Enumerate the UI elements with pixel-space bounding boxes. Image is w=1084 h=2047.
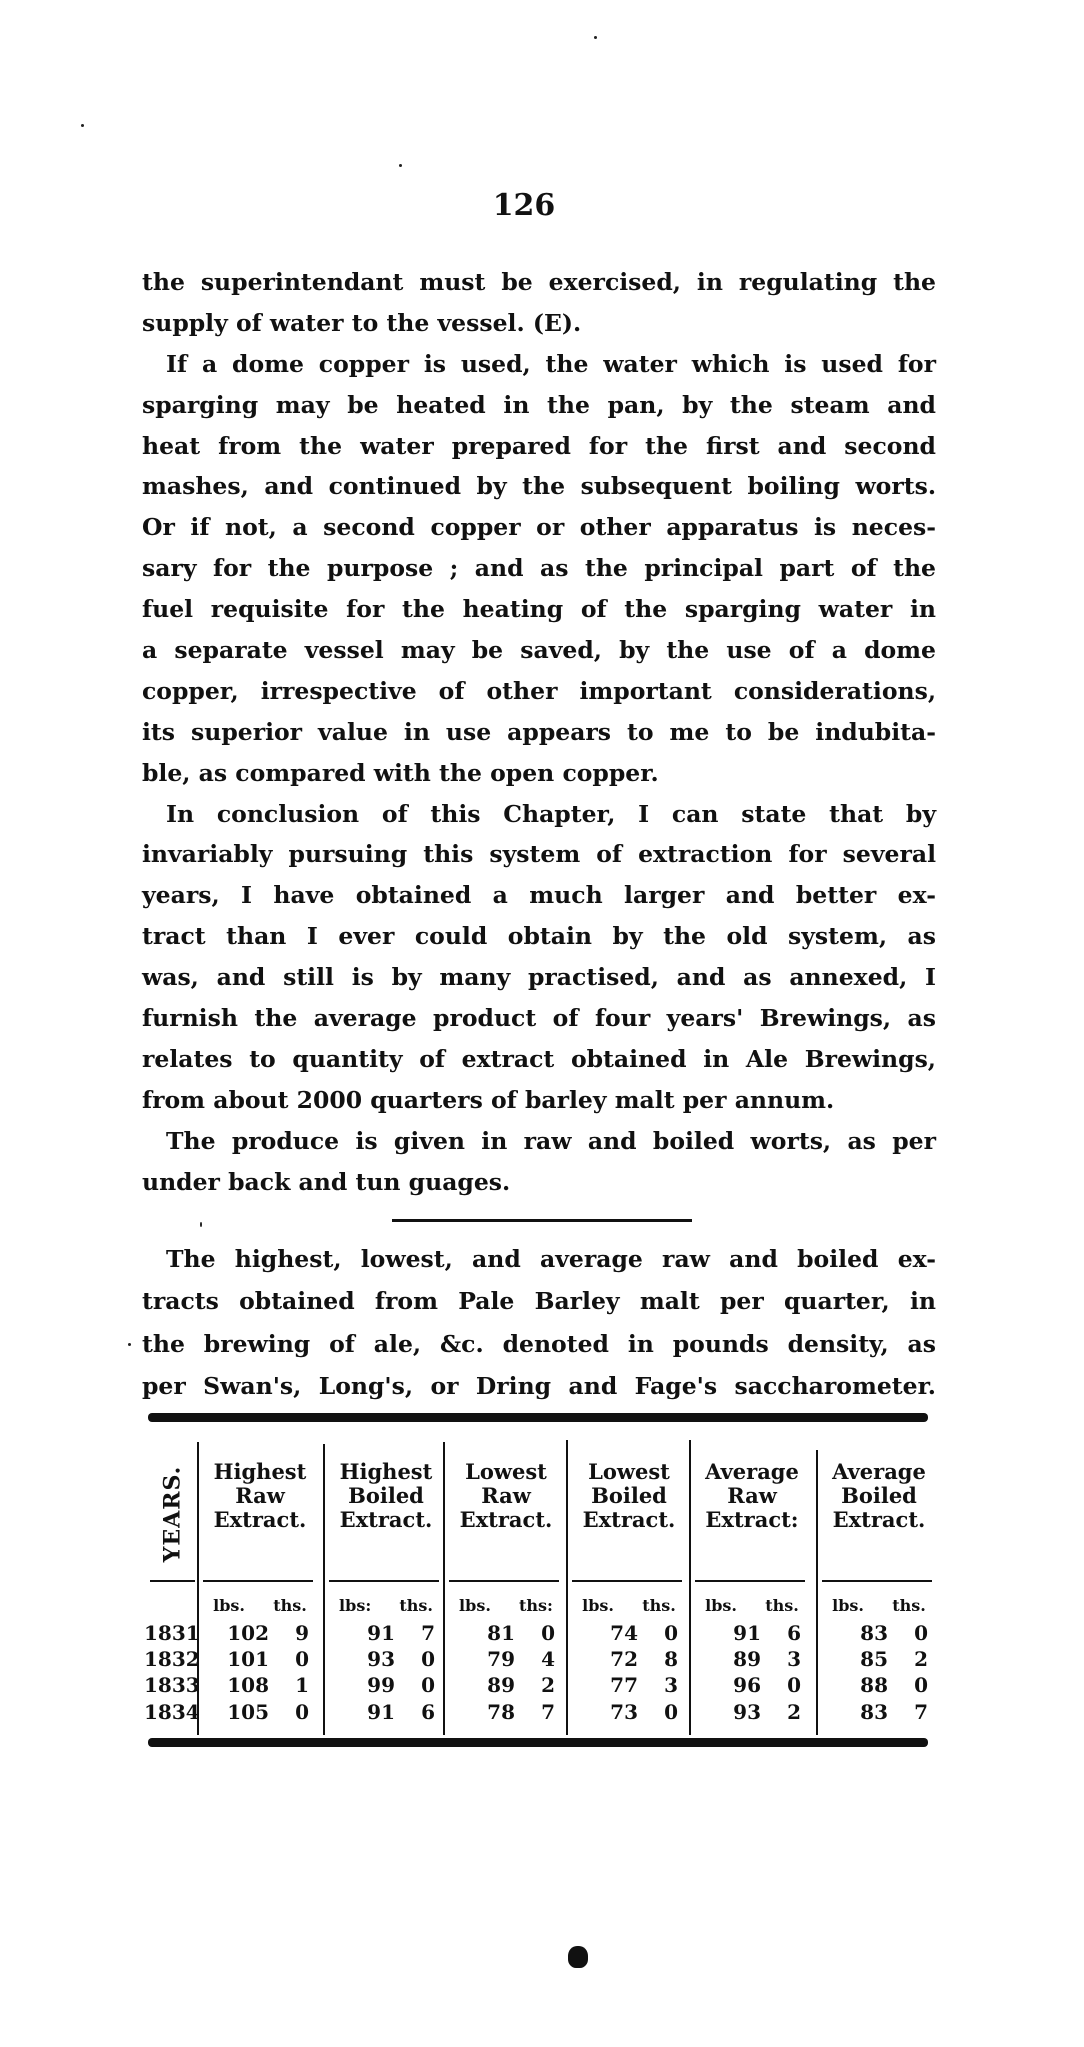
table-cell: 1029	[199, 1620, 321, 1647]
unit-label: lbs.	[582, 1596, 614, 1615]
ths-value: 0	[638, 1620, 678, 1647]
column-header-text: Extract.	[818, 1508, 940, 1532]
text-line: mashes, and continued by the subsequent …	[142, 466, 936, 507]
header-separator	[822, 1580, 932, 1582]
ths-value: 6	[761, 1620, 801, 1647]
year-cell: 1833	[144, 1672, 196, 1699]
unit-label: lbs.	[459, 1596, 491, 1615]
lbs-value: 91	[325, 1620, 395, 1647]
unit-label: ths.	[765, 1596, 799, 1615]
text-line: the superintendant must be exercised, in…	[142, 262, 936, 303]
ths-value: 2	[515, 1672, 555, 1699]
column-header: LowestRawExtract.	[445, 1460, 567, 1532]
unit-label: ths.	[642, 1596, 676, 1615]
scan-speck	[594, 36, 597, 39]
column-header-text: Average	[818, 1460, 940, 1484]
ths-value: 1	[269, 1672, 309, 1699]
lbs-value: 89	[691, 1646, 761, 1673]
text-line: the brewing of ale, &c. denoted in pound…	[142, 1323, 936, 1365]
text-line: sparging may be heated in the pan, by th…	[142, 385, 936, 426]
extract-table: YEARS. HighestRawExtract.lbs.ths.Highest…	[140, 1410, 930, 1755]
table-cell: 728	[568, 1646, 690, 1673]
column-header-text: Extract.	[568, 1508, 690, 1532]
header-separator	[203, 1580, 313, 1582]
text-line: invariably pursuing this system of extra…	[142, 834, 936, 875]
ths-value: 0	[269, 1699, 309, 1726]
table-cell: 787	[445, 1699, 567, 1726]
ths-value: 0	[888, 1672, 928, 1699]
ths-value: 4	[515, 1646, 555, 1673]
column-header-text: Extract.	[199, 1508, 321, 1532]
lbs-value: 101	[199, 1646, 269, 1673]
lbs-value: 93	[691, 1699, 761, 1726]
column-header: AverageRawExtract:	[691, 1460, 813, 1532]
year-cell: 1832	[144, 1646, 196, 1673]
units-row: lbs.ths.	[818, 1596, 940, 1615]
text-line: from about 2000 quarters of barley malt …	[142, 1080, 936, 1121]
lbs-value: 96	[691, 1672, 761, 1699]
lbs-value: 105	[199, 1699, 269, 1726]
ths-value: 2	[761, 1699, 801, 1726]
header-separator	[572, 1580, 682, 1582]
table-cell: 932	[691, 1699, 813, 1726]
header-separator	[695, 1580, 805, 1582]
ths-value: 8	[638, 1646, 678, 1673]
ths-value: 7	[888, 1699, 928, 1726]
table-cell: 916	[691, 1620, 813, 1647]
lbs-value: 74	[568, 1620, 638, 1647]
unit-label: lbs:	[339, 1596, 371, 1615]
text-line: its superior value in use appears to me …	[142, 712, 936, 753]
year-cell: 1831	[144, 1620, 196, 1647]
lbs-value: 93	[325, 1646, 395, 1673]
units-row: lbs:ths.	[325, 1596, 447, 1615]
text-line: per Swan's, Long's, or Dring and Fage's …	[142, 1365, 936, 1407]
table-cell: 730	[568, 1699, 690, 1726]
table-cell: 930	[325, 1646, 447, 1673]
lbs-value: 79	[445, 1646, 515, 1673]
text-line: sary for the purpose ; and as the princi…	[142, 548, 936, 589]
text-line: furnish the average product of four year…	[142, 998, 936, 1039]
text-line: heat from the water prepared for the fir…	[142, 426, 936, 467]
table-cell: 852	[818, 1646, 940, 1673]
table-cell: 892	[445, 1672, 567, 1699]
lbs-value: 78	[445, 1699, 515, 1726]
text-line: relates to quantity of extract obtained …	[142, 1039, 936, 1080]
header-separator	[150, 1580, 195, 1582]
table-cell: 1010	[199, 1646, 321, 1673]
ths-value: 0	[269, 1646, 309, 1673]
lbs-value: 102	[199, 1620, 269, 1647]
lbs-value: 77	[568, 1672, 638, 1699]
column-header: HighestBoiledExtract.	[325, 1460, 447, 1532]
text-line: supply of water to the vessel. (E).	[142, 303, 936, 344]
column-header-text: Lowest	[568, 1460, 690, 1484]
ths-value: 7	[395, 1620, 435, 1647]
lbs-value: 88	[818, 1672, 888, 1699]
table-cell: 1050	[199, 1699, 321, 1726]
ths-value: 0	[395, 1646, 435, 1673]
lbs-value: 85	[818, 1646, 888, 1673]
units-row: lbs.ths:	[445, 1596, 567, 1615]
ths-value: 6	[395, 1699, 435, 1726]
lbs-value: 72	[568, 1646, 638, 1673]
ths-value: 0	[888, 1620, 928, 1647]
table-cell: 916	[325, 1699, 447, 1726]
text-line: a separate vessel may be saved, by the u…	[142, 630, 936, 671]
table-cell: 1081	[199, 1672, 321, 1699]
text-line: Or if not, a second copper or other appa…	[142, 507, 936, 548]
column-header-text: Boiled	[818, 1484, 940, 1508]
text-line: If a dome copper is used, the water whic…	[142, 344, 936, 385]
text-line: The highest, lowest, and average raw and…	[142, 1238, 936, 1280]
unit-label: ths.	[273, 1596, 307, 1615]
body-text: the superintendant must be exercised, in…	[142, 262, 936, 1202]
header-separator	[329, 1580, 439, 1582]
lbs-value: 81	[445, 1620, 515, 1647]
scan-speck	[200, 1222, 202, 1227]
ths-value: 0	[638, 1699, 678, 1726]
column-header: AverageBoiledExtract.	[818, 1460, 940, 1532]
page-number: 126	[0, 188, 1066, 223]
lbs-value: 99	[325, 1672, 395, 1699]
section-divider-rule	[392, 1219, 692, 1222]
ths-value: 9	[269, 1620, 309, 1647]
units-row: lbs.ths.	[691, 1596, 813, 1615]
text-line: tracts obtained from Pale Barley malt pe…	[142, 1280, 936, 1322]
ths-value: 3	[761, 1646, 801, 1673]
column-header-text: Raw	[445, 1484, 567, 1508]
text-line: under back and tun guages.	[142, 1162, 936, 1203]
table-cell: 740	[568, 1620, 690, 1647]
text-line: copper, irrespective of other important …	[142, 671, 936, 712]
table-cell: 773	[568, 1672, 690, 1699]
table-cell: 880	[818, 1672, 940, 1699]
years-header: YEARS.	[152, 1450, 192, 1578]
ths-value: 0	[761, 1672, 801, 1699]
text-line: fuel requisite for the heating of the sp…	[142, 589, 936, 630]
text-line: ble, as compared with the open copper.	[142, 753, 936, 794]
unit-label: ths.	[892, 1596, 926, 1615]
scan-speck	[81, 124, 84, 127]
column-header-text: Extract:	[691, 1508, 813, 1532]
lbs-value: 108	[199, 1672, 269, 1699]
text-line: The produce is given in raw and boiled w…	[142, 1121, 936, 1162]
ths-value: 2	[888, 1646, 928, 1673]
column-header-text: Extract.	[445, 1508, 567, 1532]
column-header: LowestBoiledExtract.	[568, 1460, 690, 1532]
column-header-text: Lowest	[445, 1460, 567, 1484]
year-cell: 1834	[144, 1699, 196, 1726]
units-row: lbs.ths.	[199, 1596, 321, 1615]
units-row: lbs.ths.	[568, 1596, 690, 1615]
unit-label: lbs.	[832, 1596, 864, 1615]
scan-speck	[399, 164, 402, 167]
column-header-text: Boiled	[325, 1484, 447, 1508]
table-caption: The highest, lowest, and average raw and…	[142, 1238, 936, 1407]
column-header-text: Raw	[199, 1484, 321, 1508]
unit-label: lbs.	[705, 1596, 737, 1615]
years-header-label: YEARS.	[159, 1466, 185, 1563]
scan-speck	[128, 1343, 131, 1346]
table-cell: 837	[818, 1699, 940, 1726]
lbs-value: 91	[325, 1699, 395, 1726]
table-top-rule	[148, 1413, 928, 1422]
ths-value: 0	[395, 1672, 435, 1699]
lbs-value: 91	[691, 1620, 761, 1647]
table-cell: 810	[445, 1620, 567, 1647]
column-header: HighestRawExtract.	[199, 1460, 321, 1532]
table-cell: 794	[445, 1646, 567, 1673]
table-bottom-rule	[148, 1738, 928, 1747]
column-header-text: Highest	[199, 1460, 321, 1484]
header-separator	[449, 1580, 559, 1582]
column-header-text: Raw	[691, 1484, 813, 1508]
lbs-value: 83	[818, 1620, 888, 1647]
lbs-value: 83	[818, 1699, 888, 1726]
ths-value: 0	[515, 1620, 555, 1647]
column-header-text: Extract.	[325, 1508, 447, 1532]
unit-label: ths.	[399, 1596, 433, 1615]
ths-value: 7	[515, 1699, 555, 1726]
text-line: years, I have obtained a much larger and…	[142, 875, 936, 916]
lbs-value: 73	[568, 1699, 638, 1726]
column-header-text: Boiled	[568, 1484, 690, 1508]
column-header-text: Average	[691, 1460, 813, 1484]
unit-label: ths:	[519, 1596, 553, 1615]
table-cell: 830	[818, 1620, 940, 1647]
column-header-text: Highest	[325, 1460, 447, 1484]
lbs-value: 89	[445, 1672, 515, 1699]
ths-value: 3	[638, 1672, 678, 1699]
text-line: In conclusion of this Chapter, I can sta…	[142, 794, 936, 835]
page-ornament	[568, 1946, 588, 1968]
text-line: tract than I ever could obtain by the ol…	[142, 916, 936, 957]
table-cell: 990	[325, 1672, 447, 1699]
table-cell: 960	[691, 1672, 813, 1699]
table-cell: 893	[691, 1646, 813, 1673]
unit-label: lbs.	[213, 1596, 245, 1615]
table-cell: 917	[325, 1620, 447, 1647]
text-line: was, and still is by many practised, and…	[142, 957, 936, 998]
